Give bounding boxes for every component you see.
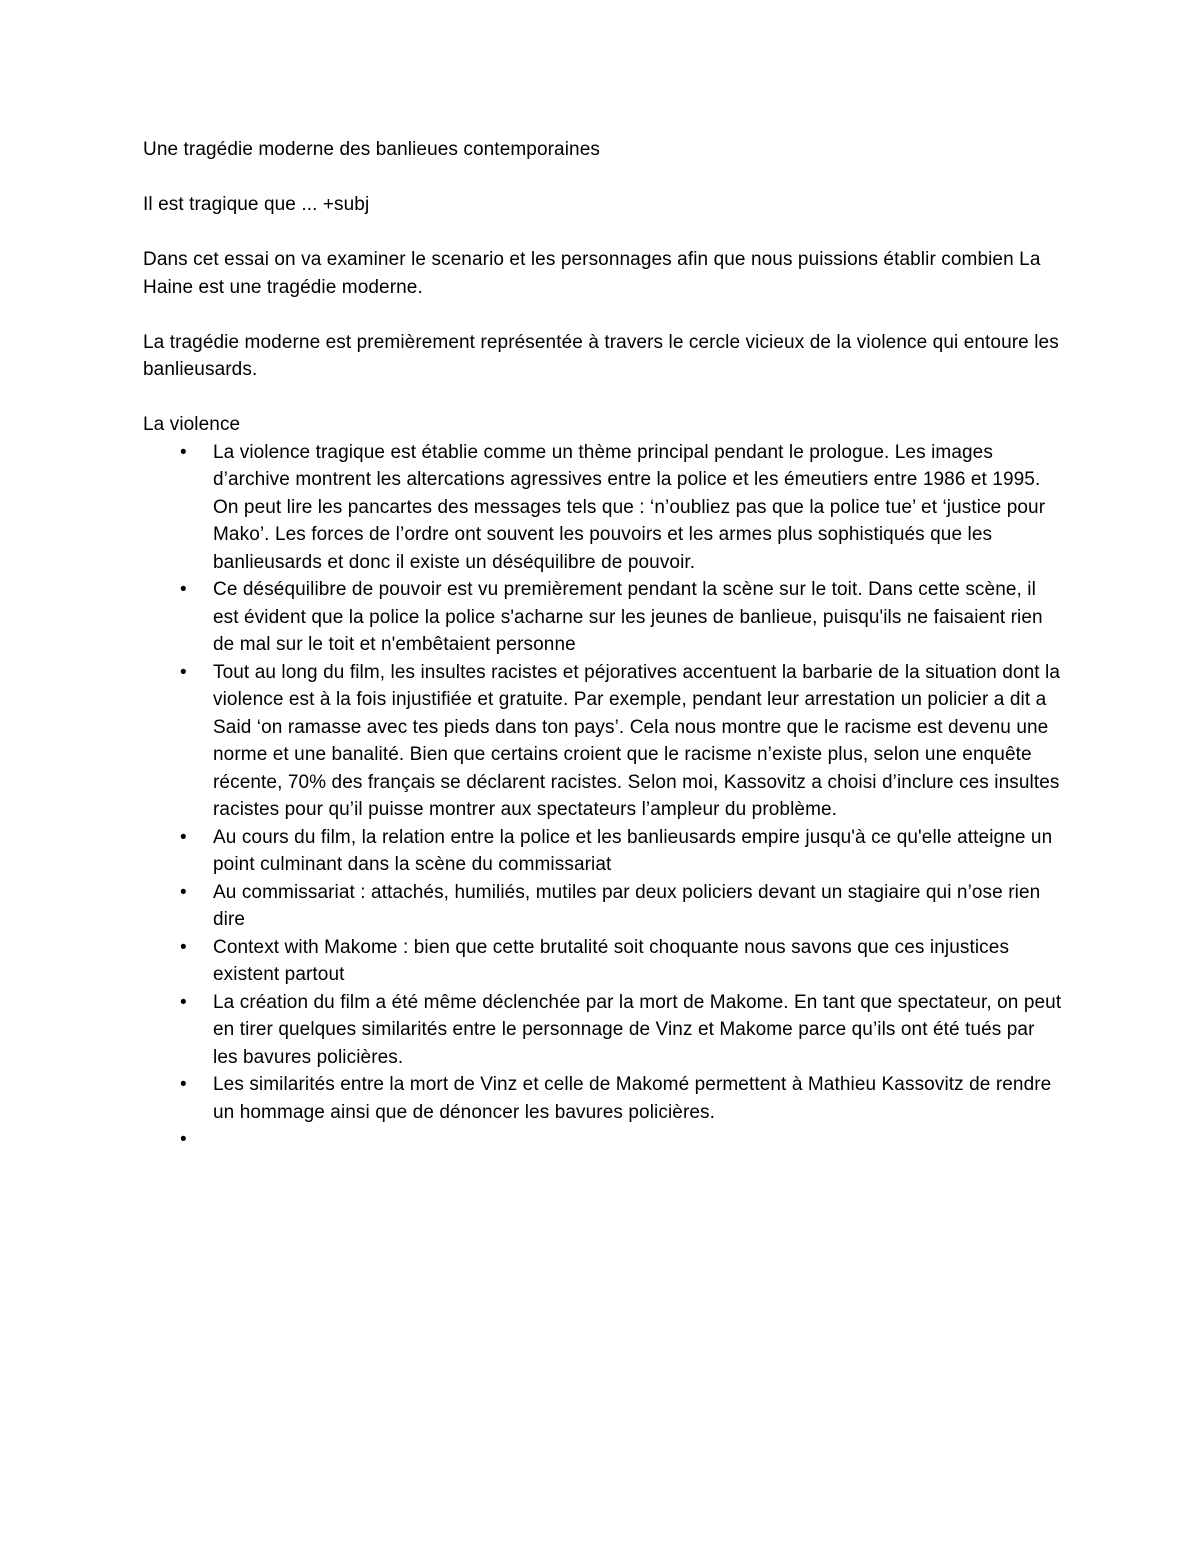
intro-paragraph: Dans cet essai on va examiner le scenari… xyxy=(143,246,1063,301)
document-title: Une tragédie moderne des banlieues conte… xyxy=(143,136,1063,164)
bullet-marker: • xyxy=(180,576,187,604)
bullet-marker: • xyxy=(180,1126,187,1154)
section-heading: La violence xyxy=(143,411,1063,439)
bullet-item: • Tout au long du film, les insultes rac… xyxy=(143,659,1063,824)
bullet-item: • La création du film a été même déclenc… xyxy=(143,989,1063,1072)
bullet-marker: • xyxy=(180,879,187,907)
bullet-text: La création du film a été même déclenché… xyxy=(213,992,1061,1068)
bullet-text: Context with Makome : bien que cette bru… xyxy=(213,937,1009,986)
bullet-item: • Au commissariat : attachés, humiliés, … xyxy=(143,879,1063,934)
bullet-text: Les similarités entre la mort de Vinz et… xyxy=(213,1074,1051,1123)
subtitle-line: Il est tragique que ... +subj xyxy=(143,191,1063,219)
bullet-marker: • xyxy=(180,659,187,687)
bullet-marker: • xyxy=(180,989,187,1017)
bullet-item: • Au cours du film, la relation entre la… xyxy=(143,824,1063,879)
bullet-text: Tout au long du film, les insultes racis… xyxy=(213,662,1060,821)
bullet-marker: • xyxy=(180,439,187,467)
bullet-item: • La violence tragique est établie comme… xyxy=(143,439,1063,577)
bullet-item: • Les similarités entre la mort de Vinz … xyxy=(143,1071,1063,1126)
bullet-marker: • xyxy=(180,1071,187,1099)
thesis-paragraph: La tragédie moderne est premièrement rep… xyxy=(143,329,1063,384)
bullet-item: • Ce déséquilibre de pouvoir est vu prem… xyxy=(143,576,1063,659)
bullet-text: Au commissariat : attachés, humiliés, mu… xyxy=(213,882,1040,931)
document-page: Une tragédie moderne des banlieues conte… xyxy=(143,136,1063,1154)
bullet-list: • La violence tragique est établie comme… xyxy=(143,439,1063,1154)
bullet-text: Au cours du film, la relation entre la p… xyxy=(213,827,1052,876)
bullet-text: La violence tragique est établie comme u… xyxy=(213,442,1045,573)
bullet-item: • Context with Makome : bien que cette b… xyxy=(143,934,1063,989)
bullet-text: Ce déséquilibre de pouvoir est vu premiè… xyxy=(213,579,1043,655)
bullet-item-empty: • xyxy=(143,1126,1063,1154)
bullet-marker: • xyxy=(180,934,187,962)
bullet-marker: • xyxy=(180,824,187,852)
